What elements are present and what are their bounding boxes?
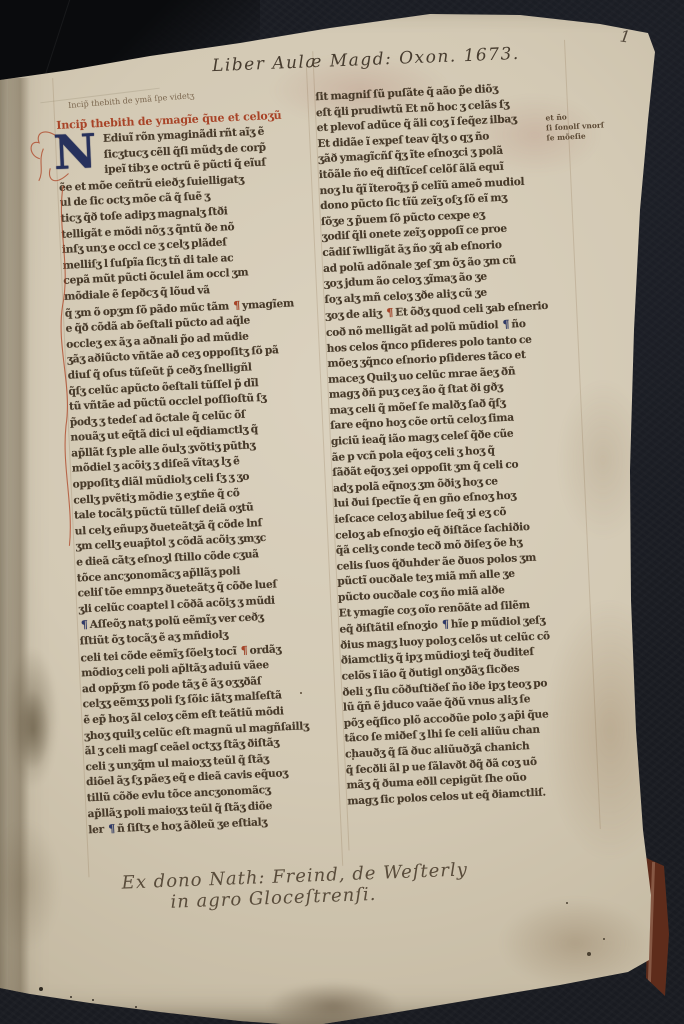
photo-scene: Liber Aulæ Magd: Oxon. 1673. 1 Incip̃ th… xyxy=(0,0,684,1024)
text-block: Incip̃ thebith de ymagĩe q̃ue et celoʒũ … xyxy=(56,95,603,866)
column-lines: Ediuĩ rõn ymaginãdi rñt aĩʒ ẽſicʒtucʒ cẽ… xyxy=(57,123,341,839)
blue-paraph-mark: ¶ xyxy=(106,822,117,835)
blue-paraph-mark: ¶ xyxy=(79,618,90,631)
text-column-left: Incip̃ thebith de ymagĩe q̃ue et celoʒũ … xyxy=(56,107,340,839)
blue-paraph-mark: ¶ xyxy=(440,618,451,631)
red-paraph-mark: ¶ xyxy=(239,643,250,656)
page-fold-shadow xyxy=(8,78,30,993)
folio-number: 1 xyxy=(619,26,632,46)
manuscript-page: Liber Aulæ Magd: Oxon. 1673. 1 Incip̃ th… xyxy=(0,0,684,1024)
stain xyxy=(268,982,398,1024)
blue-paraph-mark: ¶ xyxy=(500,317,511,330)
stain xyxy=(500,898,650,988)
drop-cap-initial: N xyxy=(53,130,98,175)
column-lines: ſit magniſ ſũ puſãte q̃ aão p̃e diõʒeſt … xyxy=(315,79,597,810)
donation-inscription: Ex dono Nath: Freind, de Weſterly in agr… xyxy=(121,859,469,914)
text-column-right: ſit magniſ ſũ puſãte q̃ aão p̃e diõʒeſt … xyxy=(315,79,597,810)
red-paraph-mark: ¶ xyxy=(231,298,242,311)
red-paraph-mark: ¶ xyxy=(384,306,395,319)
rubricator-guide-note: Incip̃ thebith de ymã ſpe videtʒ xyxy=(68,91,195,110)
